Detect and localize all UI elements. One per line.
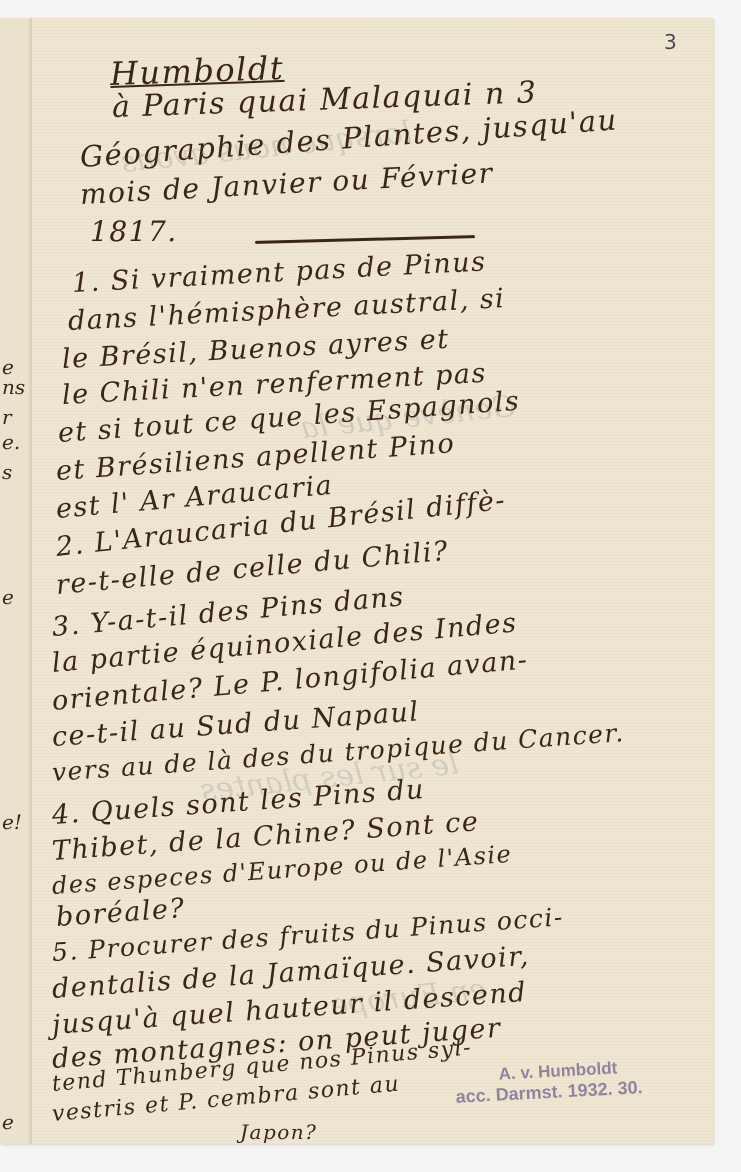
intro-year: 1817. — [90, 215, 178, 248]
margin-fragment: ns — [2, 375, 25, 399]
facing-page-edge — [0, 18, 30, 1144]
q6-line: Japon? — [240, 1120, 317, 1144]
margin-fragment: e. — [2, 430, 20, 454]
margin-fragment: e — [2, 1110, 14, 1134]
margin-fragment: e! — [2, 810, 22, 834]
page-fold — [29, 18, 32, 1144]
margin-fragment: r — [2, 405, 12, 429]
margin-fragment: e — [2, 585, 14, 609]
margin-fragment: s — [2, 460, 12, 484]
page-number: 3 — [664, 30, 677, 54]
